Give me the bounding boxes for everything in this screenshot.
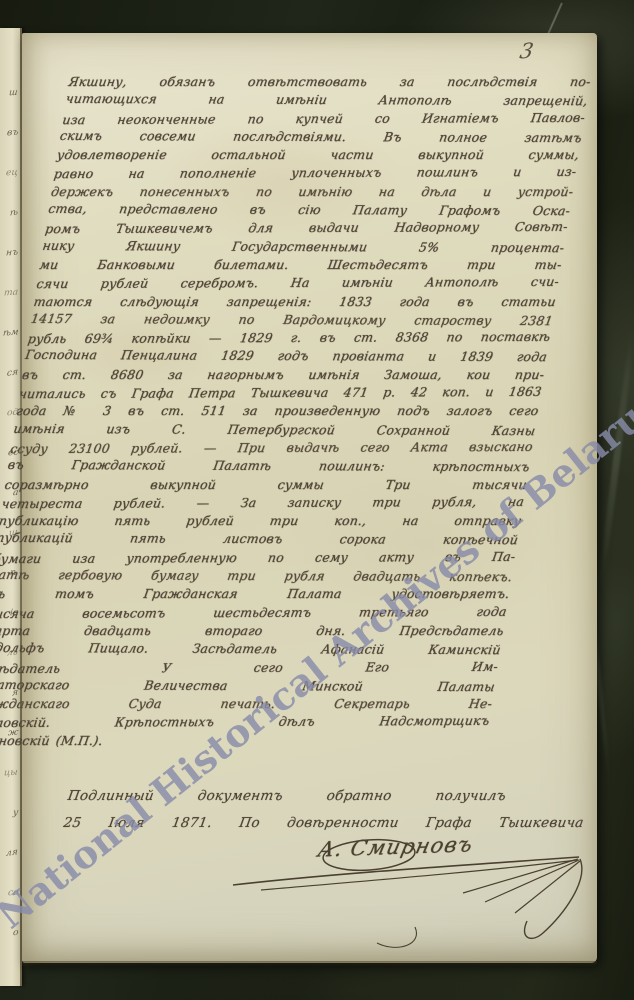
signature-flourish <box>227 823 607 958</box>
handwritten-line: Рудольфъ Пищало. Засѣдатель Афанасій Кам… <box>0 639 502 660</box>
handwritten-line: Тысяча восемьсотъ шестьдесятъ третьяго г… <box>0 602 508 623</box>
document-body-text: Якшину, обязанъ отвѣтствовать за послѣдс… <box>0 73 592 750</box>
handwritten-line: латѣ гербовую бумагу три рубля двадцать … <box>0 566 514 587</box>
document-page: 3 Якшину, обязанъ отвѣтствовать за послѣ… <box>22 33 597 963</box>
backdrop-marble-vein <box>597 331 634 590</box>
handwritten-line: четыреста рублей. — За записку три рубля… <box>0 493 525 514</box>
handwriting-fragment: ля <box>6 847 20 859</box>
handwriting-fragment: у <box>12 808 19 818</box>
handwritten-line: читались съ Графа Петра Тышкевича 471 р.… <box>18 383 543 404</box>
handwritten-line: Гражданскаго Суда печать. Секретарь Не- <box>0 695 493 713</box>
handwriting-fragment: цы <box>4 768 20 779</box>
handwritten-line: читающихся на имѣніи Антополѣ запрещеній… <box>64 90 589 111</box>
handwritten-line: таются слѣдующія запрещенія: 1833 года в… <box>32 293 557 311</box>
handwritten-line: въ Гражданской Палатѣ пошлинъ: крѣпостны… <box>6 456 531 477</box>
page-number: 3 <box>518 39 535 64</box>
handwritten-line: бумаги иза употребленную по сему акту въ… <box>0 548 517 569</box>
handwritten-line: Романовскій (М.П.). <box>0 732 488 750</box>
handwritten-line: нику Якшину Государственными 5% процента… <box>41 237 566 258</box>
handwritten-line: Засѣдатель У сего Его Им- <box>0 657 499 678</box>
handwritten-line: имѣнія изъ С. Петербургской Сохранной Ка… <box>12 420 537 441</box>
handwritten-line: ператорскаго Величества Минской Палаты <box>0 676 496 697</box>
handwritten-line: сячи рублей серебромъ. На имѣніи Антопол… <box>35 273 560 294</box>
handwritten-line: года № 3 въ ст. 511 за произведенную под… <box>15 402 540 420</box>
handwriting-fragment: ѣ <box>10 207 20 218</box>
handwritten-line: публикацію пять рублей три коп., на отпр… <box>0 512 522 530</box>
handwriting-fragment: со <box>7 888 20 899</box>
handwritten-line: Въ томъ Гражданская Палата удостовѣряетъ… <box>0 585 511 603</box>
handwritten-line: держекъ понесенныхъ по имѣнію на дѣла и … <box>50 183 575 201</box>
handwritten-line: ми Банковыми билетами. Шестьдесятъ три т… <box>38 256 563 274</box>
handwritten-line: ромъ Тышкевичемъ для выдачи Надворному С… <box>44 218 569 239</box>
handwritten-line: Якшину, обязанъ отвѣтствовать за послѣдс… <box>67 73 592 91</box>
handwriting-fragment: въ <box>6 128 19 139</box>
handwriting-fragment: ѣм <box>2 327 20 338</box>
handwritten-line: иза неоконченные по купчей со Игнатіемъ … <box>61 108 586 129</box>
handwritten-line: Марта двадцать втораго дня. Предсѣдатель <box>0 622 505 640</box>
handwritten-line: Господина Пенцалина 1829 годъ провіанта … <box>24 346 549 367</box>
handwriting-fragment: ец <box>6 168 20 179</box>
handwritten-line: соразмѣрно выкупной суммы Три тысячи <box>3 476 528 494</box>
photo-backdrop: швъецѣнътаѣмсяодесашѣіельяжцыулясоо 3 Як… <box>0 0 634 1000</box>
handwritten-line: публикацій пять листовъ сорока копѣечной <box>0 529 519 550</box>
handwriting-fragment: ся <box>7 367 20 379</box>
handwriting-fragment: ш <box>9 88 20 99</box>
handwritten-line: цюрловскій. Крѣпостныхъ дѣлъ Надсмотрщик… <box>0 712 491 733</box>
handwritten-line: въ ст. 8680 за нагорнымъ имѣнія Замоша, … <box>21 366 546 384</box>
handwriting-fragment: та <box>3 287 19 298</box>
handwritten-line: скимъ совсеми послѣдствіями. Въ полное з… <box>59 127 584 148</box>
signature-autograph: А. Смирновъ <box>227 823 607 958</box>
handwriting-fragment: о <box>12 928 20 938</box>
handwritten-line: равно на пополненіе уплоченныхъ пошлинъ … <box>52 163 577 184</box>
handwriting-fragment: нъ <box>5 248 19 259</box>
handwritten-line: Подлинный документъ обратно получилъ <box>66 783 508 810</box>
handwritten-line: удовлетвореніе остальной части выкупной … <box>56 146 581 164</box>
